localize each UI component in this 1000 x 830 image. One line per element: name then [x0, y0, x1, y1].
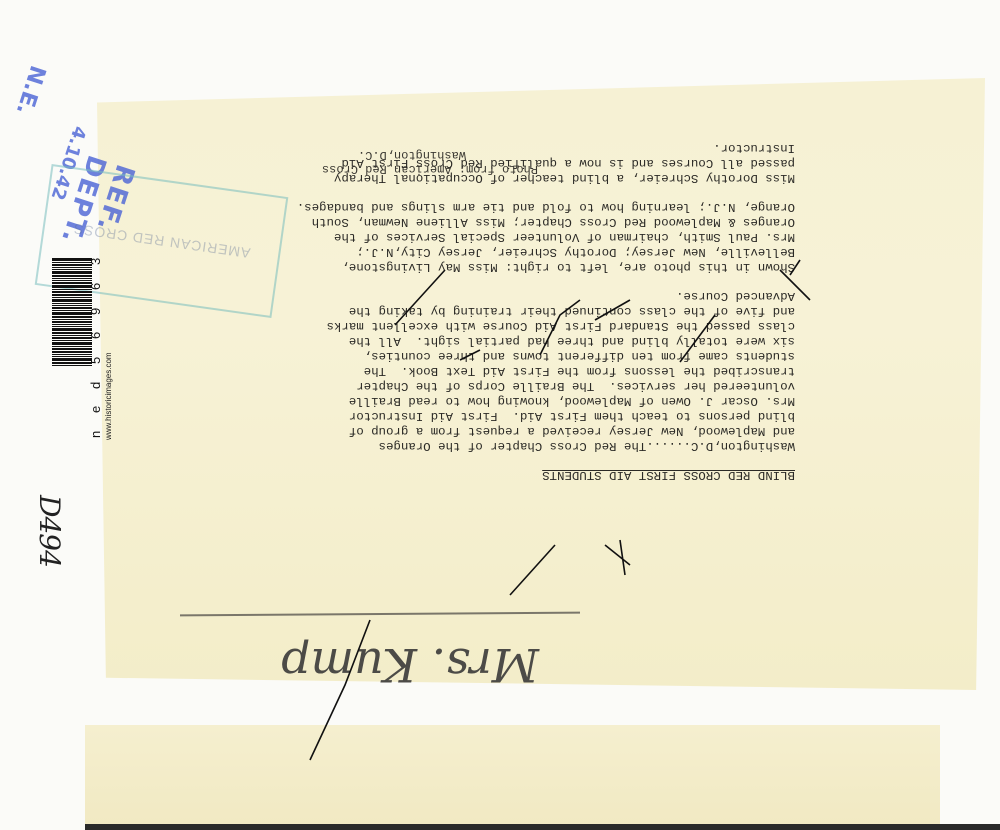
caption-line: Mrs. Oscar J. Owen of Maplewood, knowing… [235, 393, 795, 408]
caption-line: Washington,D.C......The Red Cross Chapte… [235, 438, 795, 453]
caption-line: passed all Courses and is now a qualifie… [235, 155, 795, 170]
caption-line: and Maplewood, New Jersey received a req… [235, 423, 795, 438]
caption-line: Belleville, New Jersey; Dorothy Schreier… [235, 244, 795, 259]
barcode-digit: 6 [88, 283, 122, 290]
lower-paper-strip [85, 725, 940, 830]
caption-line: Oranges & Maplewood Red Cross Chapter; M… [235, 214, 795, 229]
caption-line: transcribed the lessons from the First A… [235, 363, 795, 378]
handwritten-file-id: D494 [33, 495, 66, 567]
caption-line: class passed the Standard First Aid Cour… [235, 318, 795, 333]
caption-line: six were totally blind and three had par… [235, 333, 795, 348]
caption-line: blind persons to teach them First Aid. F… [235, 408, 795, 423]
pencil-signature: Mrs. Kump [220, 625, 600, 705]
barcode [52, 258, 92, 438]
blue-department-stamp: REF. DEPT. 4.10.42 N.E. [0, 0, 160, 190]
caption-line: Orange, N.J.; learning how to fold and t… [235, 199, 795, 214]
caption-line: Miss Dorothy Schreier, a blind teacher o… [235, 170, 795, 185]
caption-line: Shown in this photo are, left to right: … [235, 259, 795, 274]
caption-line: volunteered her services. The Braille Co… [235, 378, 795, 393]
caption-line: Instructor. [235, 140, 795, 155]
stamp-initials: N.E. [11, 62, 50, 117]
faint-stamp-text: AMERICAN RED CROSS [72, 221, 252, 262]
caption-line: Advanced Course. [235, 288, 795, 303]
barcode-digit: 9 [88, 307, 122, 314]
barcode-digit: 3 [88, 258, 122, 265]
caption-line: and five of the class continued their tr… [235, 303, 795, 318]
barcode-url: www.historicimages.com [104, 320, 113, 440]
caption-line: Mrs. Paul Smith, chairman of Volunteer S… [235, 229, 795, 244]
typed-caption: BLIND RED CROSS FIRST AID STUDENTS Washi… [235, 140, 795, 482]
caption-headline: BLIND RED CROSS FIRST AID STUDENTS [235, 467, 795, 482]
scan-edge [85, 824, 1000, 830]
caption-line: students came from ten different towns a… [235, 348, 795, 363]
